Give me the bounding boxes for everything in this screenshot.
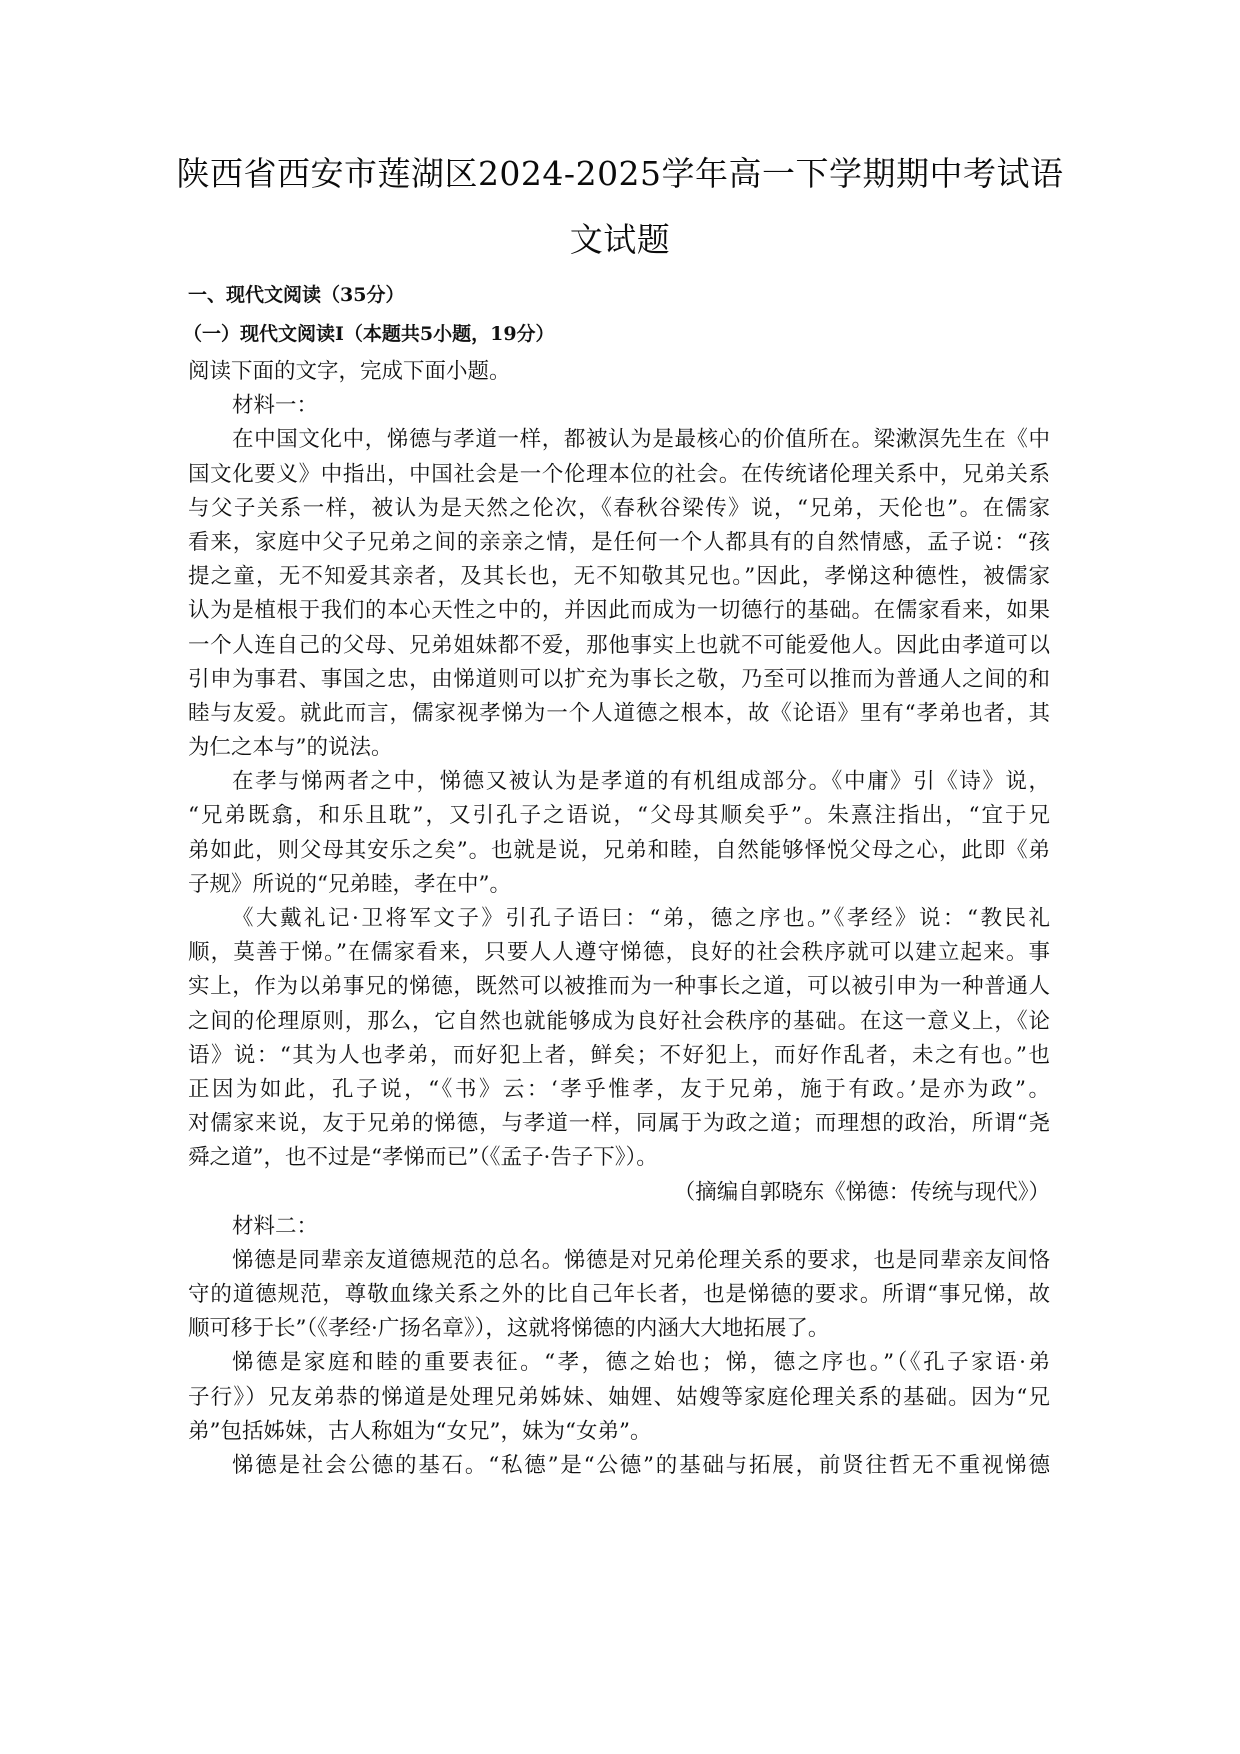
paragraph-line: 对儒家来说，友于兄弟的悌德，与孝道一样，同属于为政之道；而理想的政治，所谓“尧 [188,1107,1050,1141]
paragraph-line: 悌德是同辈亲友道德规范的总名。悌德是对兄弟伦理关系的要求，也是同辈亲友间恪 [188,1244,1050,1278]
paragraph-line: 睦与友爱。就此而言，儒家视孝悌为一个人道德之根本，故《论语》里有“孝弟也者，其 [188,697,1050,731]
document-title-line1: 陕西省西安市莲湖区2024-2025学年高一下学期期中考试语 [170,152,1070,196]
paragraph-line: “兄弟既翕，和乐且耽”，又引孔子之语说，“父母其顺矣乎”。朱熹注指出，“宜于兄 [188,799,1050,833]
subsection-heading: （一）现代文阅读Ⅰ（本题共5小题，19分） [183,320,555,348]
reading-passage: 阅读下面的文字，完成下面小题。 材料一： 在中国文化中，悌德与孝道一样，都被认为… [188,355,1050,1483]
paragraph-line: 为仁之本与”的说法。 [188,731,1050,765]
paragraph-line: 之间的伦理原则，那么，它自然也就能够成为良好社会秩序的基础。在这一意义上，《论 [188,1005,1050,1039]
paragraph-line: 子规》所说的“兄弟睦，孝在中”。 [188,868,1050,902]
paragraph-line: 子行》）兄友弟恭的悌道是处理兄弟姊妹、妯娌、姑嫂等家庭伦理关系的基础。因为“兄 [188,1381,1050,1415]
exam-page: 陕西省西安市莲湖区2024-2025学年高一下学期期中考试语 文试题 一、现代文… [0,0,1240,1754]
material2-label: 材料二： [188,1210,1050,1244]
paragraph-line: 一个人连自己的父母、兄弟姐妹都不爱，那他事实上也就不可能爱他人。因此由孝道可以 [188,629,1050,663]
section-heading: 一、现代文阅读（35分） [188,281,404,309]
material1-source: （摘编自郭晓东《悌德：传统与现代》） [188,1176,1050,1210]
paragraph-line: 引申为事君、事国之忠，由悌道则可以扩充为事长之敬，乃至可以推而为普通人之间的和 [188,663,1050,697]
paragraph-line: 与父子关系一样，被认为是天然之伦次，《春秋谷梁传》说，“兄弟，天伦也”。在儒家 [188,492,1050,526]
paragraph-line: 在孝与悌两者之中，悌德又被认为是孝道的有机组成部分。《中庸》引《诗》说， [188,765,1050,799]
instruction: 阅读下面的文字，完成下面小题。 [188,355,1050,389]
paragraph-line: 看来，家庭中父子兄弟之间的亲亲之情，是任何一个人都具有的自然情感，孟子说：“孩 [188,526,1050,560]
paragraph-line: 《大戴礼记·卫将军文子》引孔子语曰：“弟，德之序也。”《孝经》说：“教民礼 [188,902,1050,936]
paragraph-line: 顺可移于长”（《孝经·广扬名章》），这就将悌德的内涵大大地拓展了。 [188,1312,1050,1346]
paragraph-line: 在中国文化中，悌德与孝道一样，都被认为是最核心的价值所在。梁漱溟先生在《中 [188,423,1050,457]
material1-label: 材料一： [188,389,1050,423]
paragraph-line: 悌德是家庭和睦的重要表征。“孝，德之始也；悌，德之序也。”（《孔子家语·弟 [188,1346,1050,1380]
paragraph-line: 舜之道”，也不过是“孝悌而已”（《孟子·告子下》）。 [188,1141,1050,1175]
paragraph-line: 国文化要义》中指出，中国社会是一个伦理本位的社会。在传统诸伦理关系中，兄弟关系 [188,458,1050,492]
paragraph-line: 顺，莫善于悌。”在儒家看来，只要人人遵守悌德，良好的社会秩序就可以建立起来。事 [188,936,1050,970]
paragraph-line: 悌德是社会公德的基石。“私德”是“公德”的基础与拓展，前贤往哲无不重视悌德 [188,1449,1050,1483]
paragraph-line: 正因为如此，孔子说，“《书》云：‘孝乎惟孝，友于兄弟，施于有政。’是亦为政”。 [188,1073,1050,1107]
paragraph-line: 弟”包括姊妹，古人称姐为“女兄”，妹为“女弟”。 [188,1415,1050,1449]
paragraph-line: 认为是植根于我们的本心天性之中的，并因此而成为一切德行的基础。在儒家看来，如果 [188,594,1050,628]
paragraph-line: 提之童，无不知爱其亲者，及其长也，无不知敬其兄也。”因此，孝悌这种德性，被儒家 [188,560,1050,594]
paragraph-line: 守的道德规范，尊敬血缘关系之外的比自己年长者，也是悌德的要求。所谓“事兄悌，故 [188,1278,1050,1312]
document-title-line2: 文试题 [170,218,1070,262]
paragraph-line: 实上，作为以弟事兄的悌德，既然可以被推而为一种事长之道，可以被引申为一种普通人 [188,970,1050,1004]
paragraph-line: 弟如此，则父母其安乐之矣”。也就是说，兄弟和睦，自然能够怿悦父母之心，此即《弟 [188,834,1050,868]
paragraph-line: 语》说：“其为人也孝弟，而好犯上者，鲜矣；不好犯上，而好作乱者，未之有也。”也 [188,1039,1050,1073]
